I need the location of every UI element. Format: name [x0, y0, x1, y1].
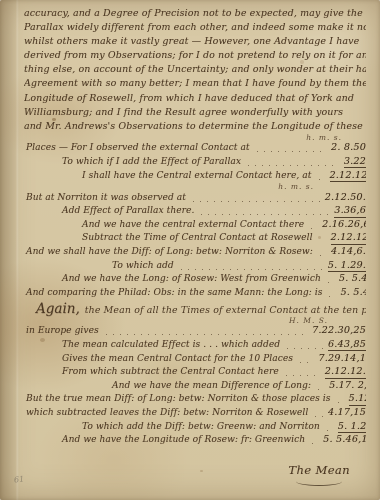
ledger-row: From which subtract the Central Contact … — [24, 366, 366, 380]
ledger-value: 5. 5.44,7. — [340, 287, 366, 298]
ledger-value: 5.17. 2,1 — [329, 380, 366, 391]
leader-dots — [327, 430, 333, 431]
ledger-label: To which if I add the Effect of Parallax — [62, 157, 241, 167]
prose-line: Parallax widely different from each othe… — [24, 21, 366, 35]
ledger-label: Gives the mean Central Contact for the 1… — [62, 354, 293, 364]
leader-dots — [106, 334, 307, 335]
ledger-row: The mean calculated Effect is . . . whic… — [24, 339, 366, 353]
leader-dots — [329, 296, 335, 297]
ledger-label: in Europe gives — [26, 326, 99, 336]
ledger-value: 5. 5.43,6. — [339, 273, 366, 284]
paragraph-opening-line: Again,the Mean of all the Times of exter… — [24, 300, 366, 317]
prose-line: whilst others make it vastly great — How… — [24, 35, 366, 49]
ledger-value: 4.14,6. — [331, 246, 366, 257]
ledger-row: Add Effect of Parallax there.3.36,6 — [24, 205, 366, 219]
leader-dots — [320, 242, 326, 243]
ledger-row: To which if I add the Effect of Parallax… — [24, 156, 366, 170]
ledger-label: And we have the Long: of Rosew: West fro… — [62, 274, 321, 284]
leader-dots — [287, 348, 323, 349]
scanned-page: accuracy, and a Degree of Precision not … — [0, 0, 380, 500]
leader-dots — [312, 443, 318, 444]
ledger-row: Subtract the Time of Central Contact at … — [24, 232, 366, 246]
prose-line: Williamsburg; and I find the Result agre… — [24, 106, 366, 120]
leader-dots — [193, 201, 320, 202]
leader-dots — [319, 179, 325, 180]
ledger-row: And we have the Longitude of Rosew: fr: … — [24, 434, 366, 448]
manuscript-paper: accuracy, and a Degree of Precision not … — [0, 0, 380, 500]
ledger-label: which subtracted leaves the Diff: betw: … — [26, 408, 308, 418]
leader-dots — [286, 375, 320, 376]
ledger-label: And we have the central external Contact… — [82, 220, 304, 230]
catchword: The Mean — [288, 463, 350, 486]
ledger-label: The mean calculated Effect is . . . whic… — [62, 340, 280, 350]
prose-line: thing else, on account of the Uncertaint… — [24, 63, 366, 77]
leader-dots — [328, 282, 334, 283]
leader-dots — [315, 416, 323, 417]
ledger-value: 2.12.12 — [330, 170, 367, 183]
ledger-label: And we shall have the Diff: of Long: bet… — [26, 247, 313, 257]
ledger-label: Subtract the Time of Central Contact at … — [82, 233, 313, 243]
ledger-row: To which add the Diff: betw: Greenw: and… — [24, 421, 366, 435]
leader-dots — [257, 151, 326, 152]
leader-dots — [318, 389, 324, 390]
prose-line: Agreement with so many better; I mean th… — [24, 77, 366, 91]
ledger-value: 6.43,85 — [328, 339, 366, 352]
ledger-label: To which add — [112, 261, 174, 271]
manuscript-lines: accuracy, and a Degree of Precision not … — [0, 0, 380, 448]
ledger-value: 2. 8.50 — [331, 142, 366, 153]
catchword-flourish — [296, 477, 342, 486]
leader-dots — [338, 402, 344, 403]
ledger-row: But the true mean Diff: of Long: betw: N… — [24, 393, 366, 407]
leader-dots — [181, 269, 323, 270]
emphasized-word: Again, — [36, 301, 80, 317]
ledger-row: And we shall have the Diff: of Long: bet… — [24, 246, 366, 260]
ledger-value: 2.12.12. — [331, 232, 366, 245]
ledger-value: 3.36,6 — [334, 205, 366, 218]
ledger-value: 2.12.50. — [325, 192, 366, 203]
column-header-hms: h. m. s. — [24, 134, 366, 143]
ledger-row: And we have the Long: of Rosew: West fro… — [24, 273, 366, 287]
leader-dots — [300, 362, 313, 363]
page-number: 61 — [14, 474, 25, 484]
ledger-row: But at Norriton it was observed at2.12.5… — [24, 192, 366, 206]
ledger-value: 2.16.26,6 — [322, 219, 366, 230]
ledger-label: Places — For I observed the external Con… — [26, 143, 250, 153]
prose-line: and Mr. Andrews's Observations to determ… — [24, 120, 366, 134]
line-text: the Mean of all the Times of external Co… — [85, 305, 366, 316]
ledger-value: 4.17,15 — [328, 407, 366, 418]
ledger-value: 5. 1.29. — [328, 260, 366, 273]
ink-stain — [200, 470, 203, 472]
ledger-value: 7.22.30,25 — [312, 325, 366, 336]
prose-line: derived from my Observations; for I do n… — [24, 49, 366, 63]
ledger-label: And comparing the Philad: Obs: in the sa… — [26, 288, 322, 298]
ledger-label: And we have the Longitude of Rosew: fr: … — [62, 435, 305, 445]
catchword-text: The Mean — [288, 463, 350, 477]
leader-dots — [248, 165, 339, 166]
leader-dots — [311, 228, 317, 229]
ledger-value: 2.12.12. — [325, 366, 366, 379]
ledger-label: From which subtract the Central Contact … — [62, 367, 279, 377]
ledger-label: I shall have the Central external Contac… — [82, 171, 312, 181]
ledger-label: To which add the Diff: betw: Greenw: and… — [82, 422, 320, 432]
ledger-row: which subtracted leaves the Diff: betw: … — [24, 407, 366, 421]
ledger-label: But at Norriton it was observed at — [26, 193, 186, 203]
ledger-value: 5. 1.29 — [338, 421, 366, 434]
column-header-hms: H. M. S. — [24, 317, 366, 326]
prose-line: Longitude of Rosewell, from which I have… — [24, 92, 366, 106]
ledger-label: Add Effect of Parallax there. — [62, 206, 194, 216]
leader-dots — [201, 214, 329, 215]
ledger-row: Places — For I observed the external Con… — [24, 142, 366, 156]
ledger-value: 5.12.44,95 — [349, 393, 366, 406]
ledger-row: And we have the mean Difference of Long:… — [24, 380, 366, 394]
ledger-label: And we have the mean Difference of Long: — [112, 381, 311, 391]
column-header-hms: h. m. s. — [24, 183, 366, 192]
ledger-value: 3.22 — [344, 156, 366, 169]
ledger-row: in Europe gives7.22.30,25 — [24, 325, 366, 339]
leader-dots — [320, 255, 326, 256]
ledger-row: And we have the central external Contact… — [24, 219, 366, 233]
prose-line: accuracy, and a Degree of Precision not … — [24, 7, 366, 21]
ledger-row: Gives the mean Central Contact for the 1… — [24, 353, 366, 367]
ledger-row: To which add5. 1.29. — [24, 260, 366, 274]
ledger-row: I shall have the Central external Contac… — [24, 170, 366, 184]
ledger-label: But the true mean Diff: of Long: betw: N… — [26, 394, 331, 404]
ledger-value: 5. 5.46,15 — [323, 434, 366, 445]
ledger-row: And comparing the Philad: Obs: in the sa… — [24, 287, 366, 301]
ledger-value: 7.29.14,1 — [318, 353, 366, 364]
